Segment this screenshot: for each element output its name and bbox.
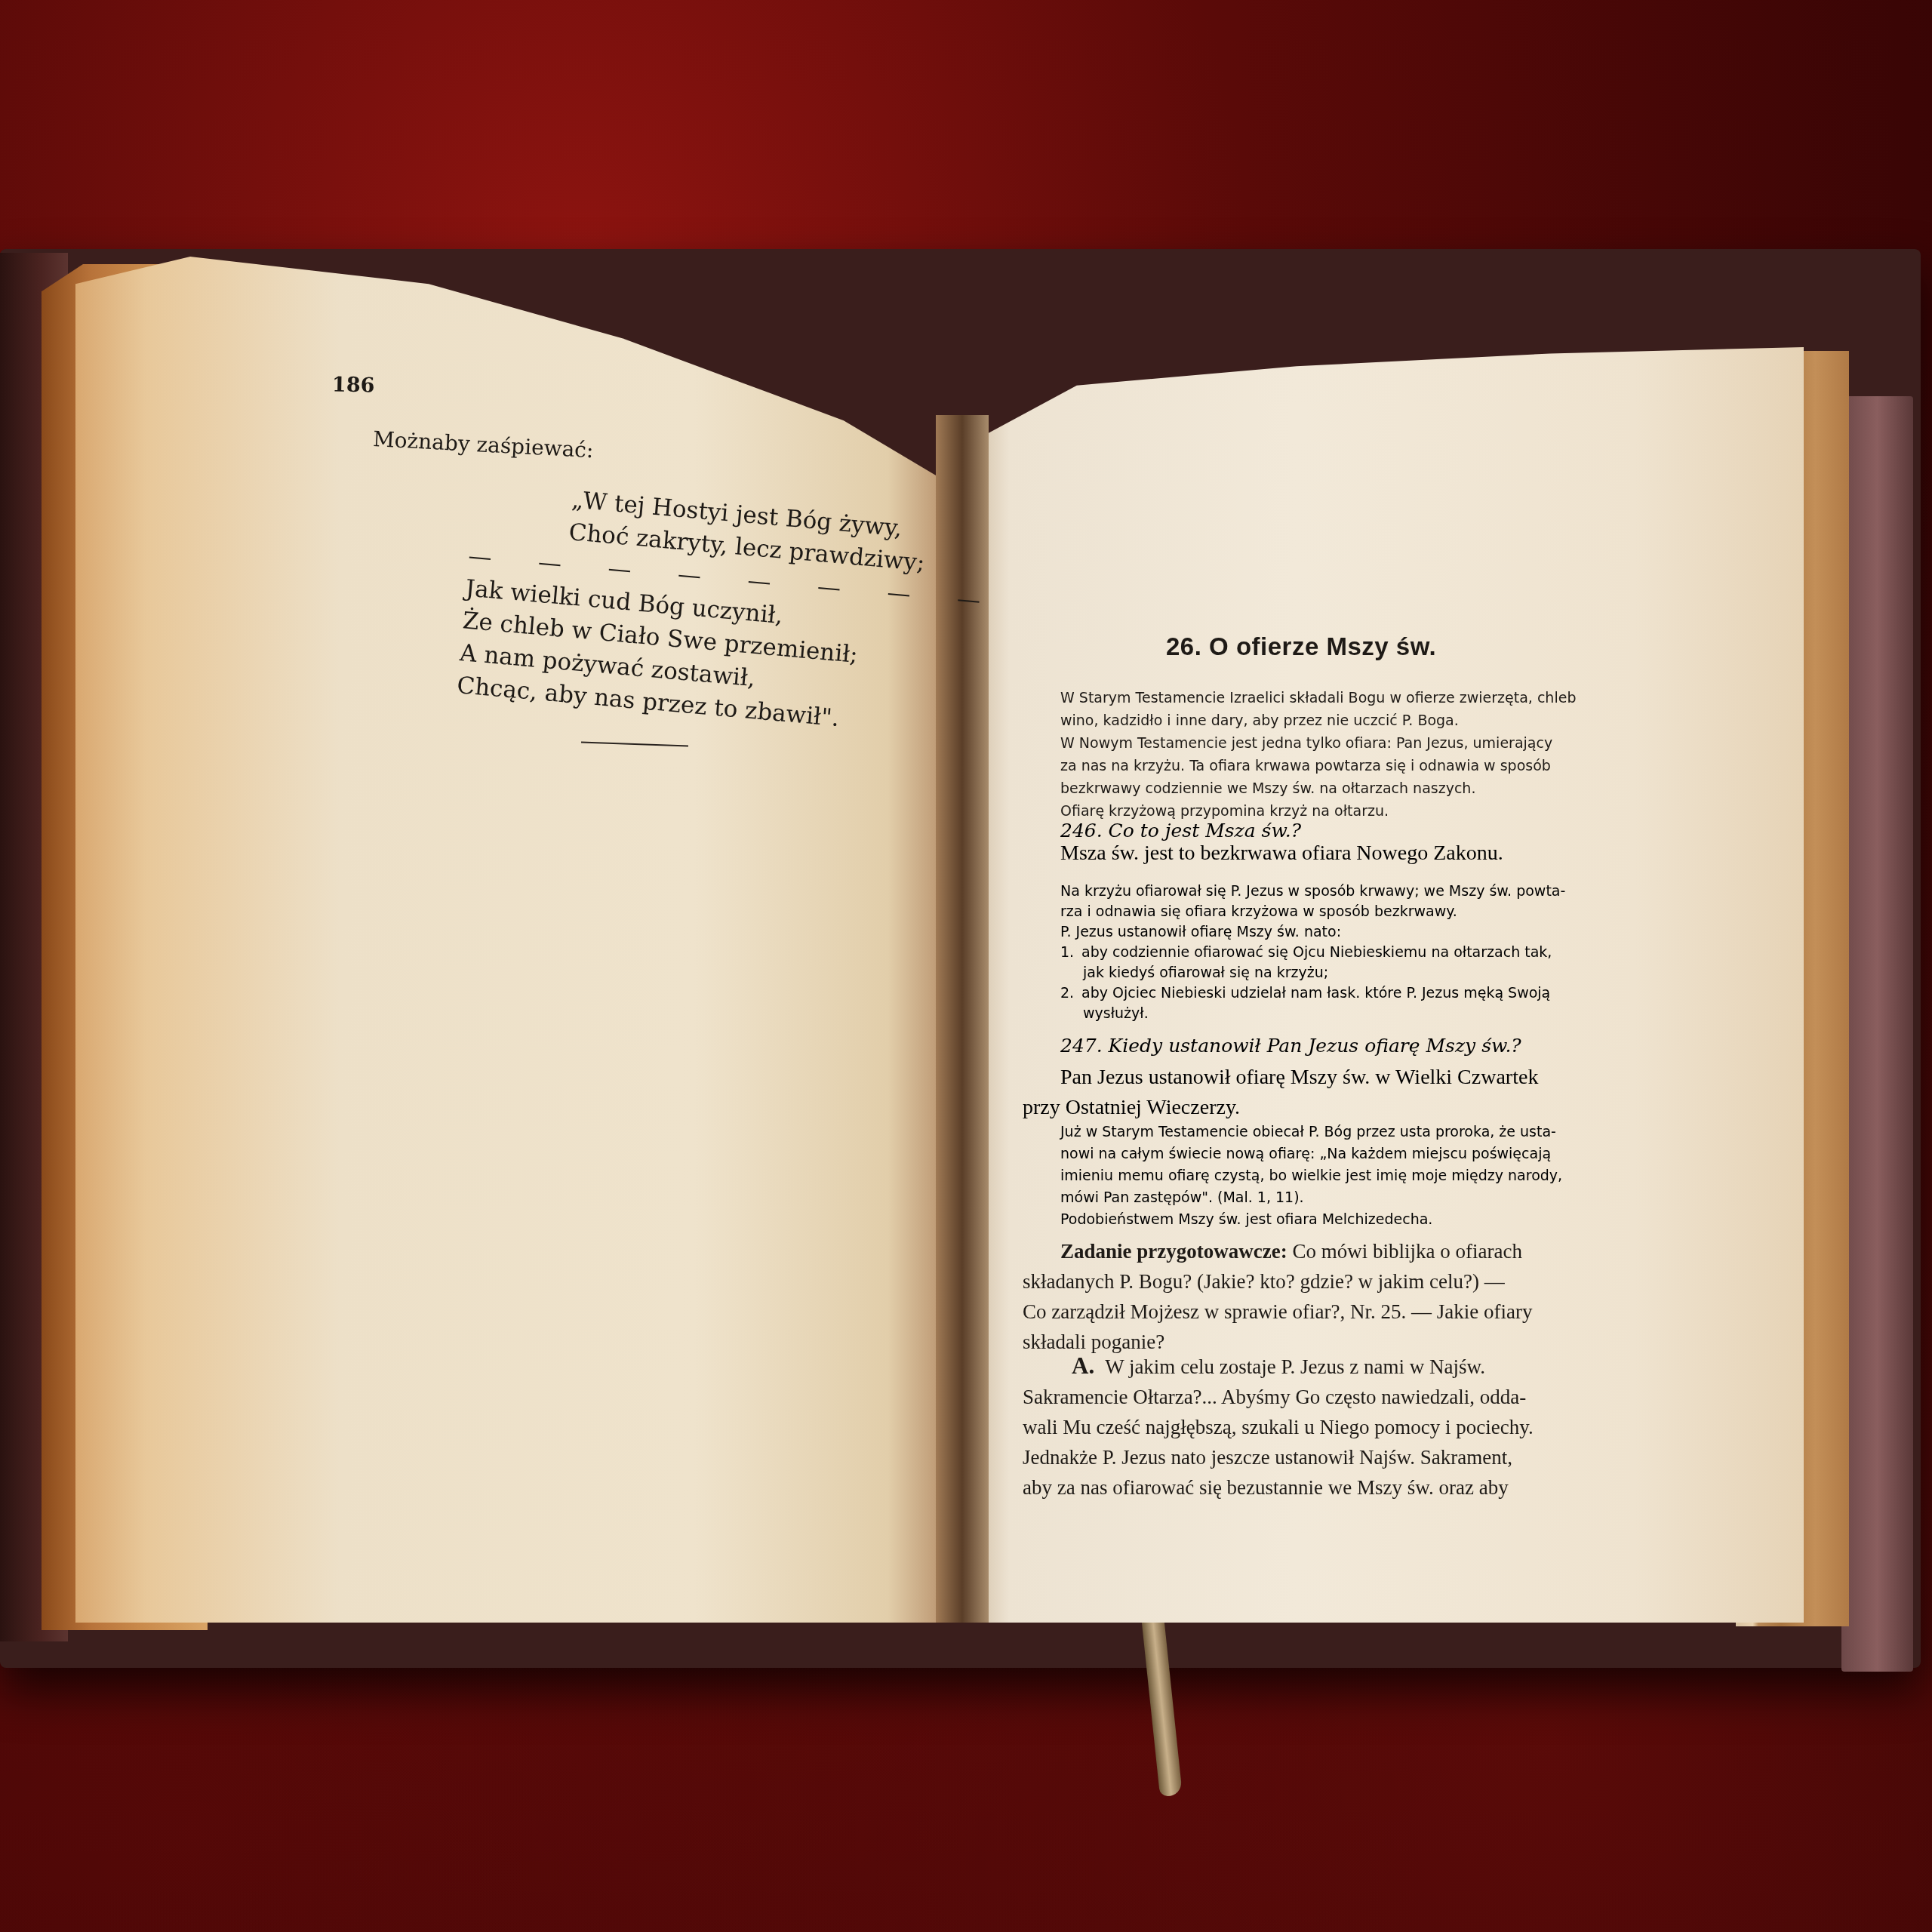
note-line: nowi na całym świecie nową ofiarę: „Na k…	[1060, 1143, 1562, 1165]
note-line: P. Jezus ustanowił ofiarę Mszy św. nato:	[1060, 922, 1565, 943]
section-marker: A.	[1023, 1352, 1105, 1379]
section-a-text: W jakim celu zostaje P. Jezus z nami w N…	[1105, 1355, 1485, 1378]
left-page	[75, 257, 958, 1623]
chapter-intro-notes: W Starym Testamencie Izraelici składali …	[1060, 687, 1576, 823]
chapter-title: 26. O ofierze Mszy św.	[1166, 632, 1436, 661]
note-line: za nas na krzyżu. Ta ofiara krwawa powta…	[1060, 755, 1576, 777]
section-a-line: aby za nas ofiarować się bezustannie we …	[1023, 1472, 1679, 1503]
list-number: 1.	[1060, 943, 1081, 963]
note-line: bezkrwawy codziennie we Mszy św. na ołta…	[1060, 777, 1576, 800]
list-text: aby Ojciec Niebieski udzielał nam łask. …	[1081, 985, 1550, 1001]
hymn-poem: „W tej Hostyi jest Bóg żywy, Choć zakryt…	[456, 475, 1008, 748]
task-line: składanych P. Bogu? (Jakie? kto? gdzie? …	[1023, 1266, 1679, 1297]
section-a: A.W jakim celu zostaje P. Jezus z nami w…	[1023, 1351, 1679, 1503]
answer-line: Pan Jezus ustanowił ofiarę Mszy św. w Wi…	[1023, 1063, 1679, 1093]
task-text: Co mówi biblijka o ofiarach	[1292, 1240, 1521, 1263]
note-line: W Starym Testamencie Izraelici składali …	[1060, 687, 1576, 709]
list-item-continuation: wysłużył.	[1060, 1004, 1565, 1024]
task-line: Co zarządził Mojżesz w sprawie ofiar?, N…	[1023, 1297, 1679, 1327]
section-a-line: A.W jakim celu zostaje P. Jezus z nami w…	[1023, 1351, 1679, 1382]
task-label: Zadanie przygotowawcze:	[1060, 1240, 1287, 1263]
note-line: Podobieństwem Mszy św. jest ofiara Melch…	[1060, 1209, 1562, 1231]
task-line: Zadanie przygotowawcze: Co mówi biblijka…	[1023, 1236, 1679, 1266]
note-line: mówi Pan zastępów". (Mal. 1, 11).	[1060, 1187, 1562, 1209]
question-247-notes: Już w Starym Testamencie obiecał P. Bóg …	[1060, 1121, 1562, 1231]
question-text: 246. Co to jest Msza św.?	[1060, 820, 1503, 841]
answer-text: Msza św. jest to bezkrwawa ofiara Nowego…	[1060, 841, 1503, 866]
note-line: rza i odnawia się ofiara krzyżowa w spos…	[1060, 902, 1565, 922]
note-line: imieniu memu ofiarę czystą, bo wielkie j…	[1060, 1165, 1562, 1187]
list-item-continuation: jak kiedyś ofiarował się na krzyżu;	[1060, 963, 1565, 983]
list-item: 2.aby Ojciec Niebieski udzielał nam łask…	[1060, 983, 1565, 1004]
question-246: 246. Co to jest Msza św.? Msza św. jest …	[1060, 820, 1503, 866]
list-item: 1.aby codziennie ofiarować się Ojcu Nieb…	[1060, 943, 1565, 963]
note-line: Na krzyżu ofiarował się P. Jezus w sposó…	[1060, 881, 1565, 902]
note-line: wino, kadzidło i inne dary, aby przez ni…	[1060, 709, 1576, 732]
page-number: 186	[332, 374, 375, 398]
list-number: 2.	[1060, 983, 1081, 1004]
list-text: aby codziennie ofiarować się Ojcu Niebie…	[1081, 944, 1552, 961]
book-cover-right-edge	[1841, 396, 1913, 1672]
question-246-notes: Na krzyżu ofiarował się P. Jezus w sposó…	[1060, 881, 1565, 1024]
answer-line: przy Ostatniej Wieczerzy.	[1023, 1093, 1679, 1123]
note-line: Już w Starym Testamencie obiecał P. Bóg …	[1060, 1121, 1562, 1143]
section-a-line: Jednakże P. Jezus nato jeszcze ustanowił…	[1023, 1442, 1679, 1472]
note-line: W Nowym Testamencie jest jedna tylko ofi…	[1060, 732, 1576, 755]
answer-247: Pan Jezus ustanowił ofiarę Mszy św. w Wi…	[1023, 1063, 1679, 1123]
section-a-line: Sakramencie Ołtarza?... Abyśmy Go często…	[1023, 1382, 1679, 1412]
question-247: 247. Kiedy ustanowił Pan Jezus ofiarę Ms…	[1060, 1035, 1521, 1057]
section-a-line: wali Mu cześć najgłębszą, szukali u Nieg…	[1023, 1412, 1679, 1442]
preparatory-task: Zadanie przygotowawcze: Co mówi biblijka…	[1023, 1236, 1679, 1357]
